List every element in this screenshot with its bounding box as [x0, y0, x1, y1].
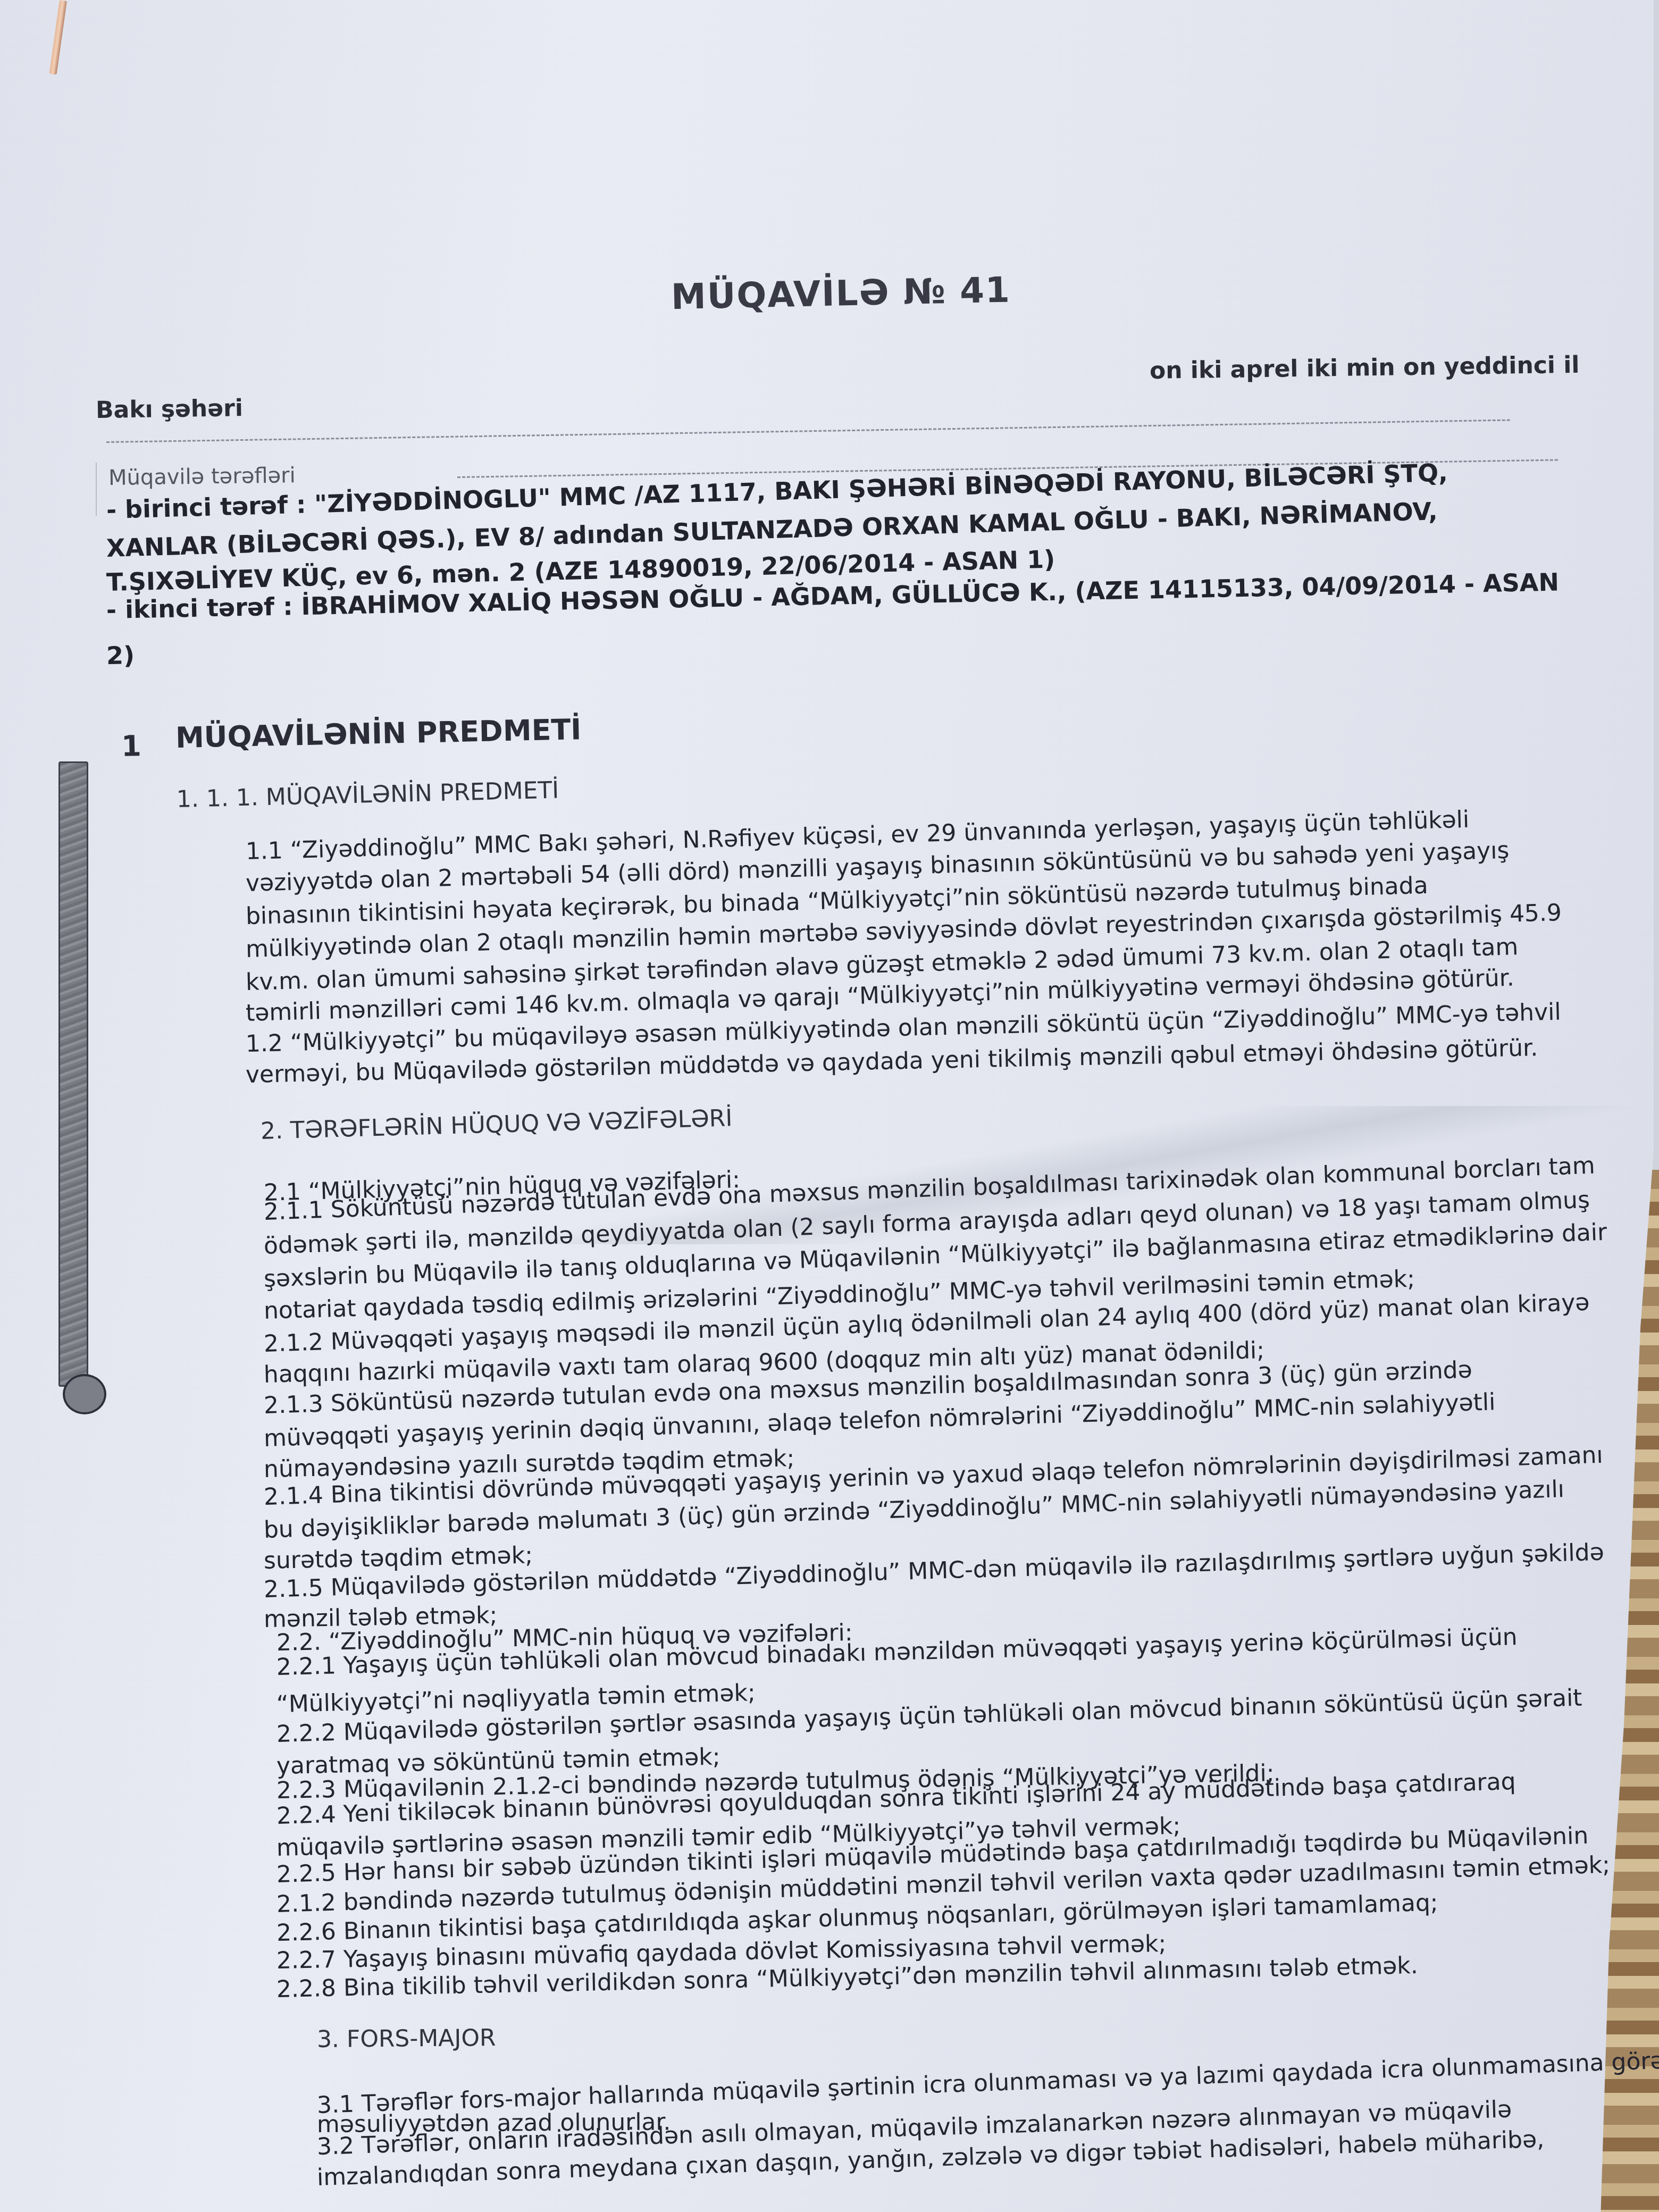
document-date: on iki aprel iki min on yeddinci il	[1150, 351, 1580, 384]
parties-label: Müqavilə tərəfləri	[108, 463, 296, 490]
separator-line	[106, 420, 1510, 443]
section-2-heading: 2. TƏRƏFLƏRİN HÜQUQ VƏ VƏZİFƏLƏRİ	[260, 1104, 733, 1145]
parties-box-border	[96, 463, 97, 516]
section-1-number: 1	[121, 729, 141, 763]
section-1-heading: MÜQAVİLƏNİN PREDMETİ	[175, 713, 582, 755]
contract-document: MÜQAVİLƏ № 41 on iki aprel iki min on ye…	[0, 0, 1659, 2212]
section-3-heading: 3. FORS-MAJOR	[317, 2024, 496, 2053]
document-city: Bakı şəhəri	[96, 395, 244, 424]
party-line: 2)	[106, 641, 135, 670]
section-1-subheading: 1. 1. 1. MÜQAVİLƏNİN PREDMETİ	[176, 776, 559, 813]
document-title: MÜQAVİLƏ № 41	[671, 270, 1011, 317]
